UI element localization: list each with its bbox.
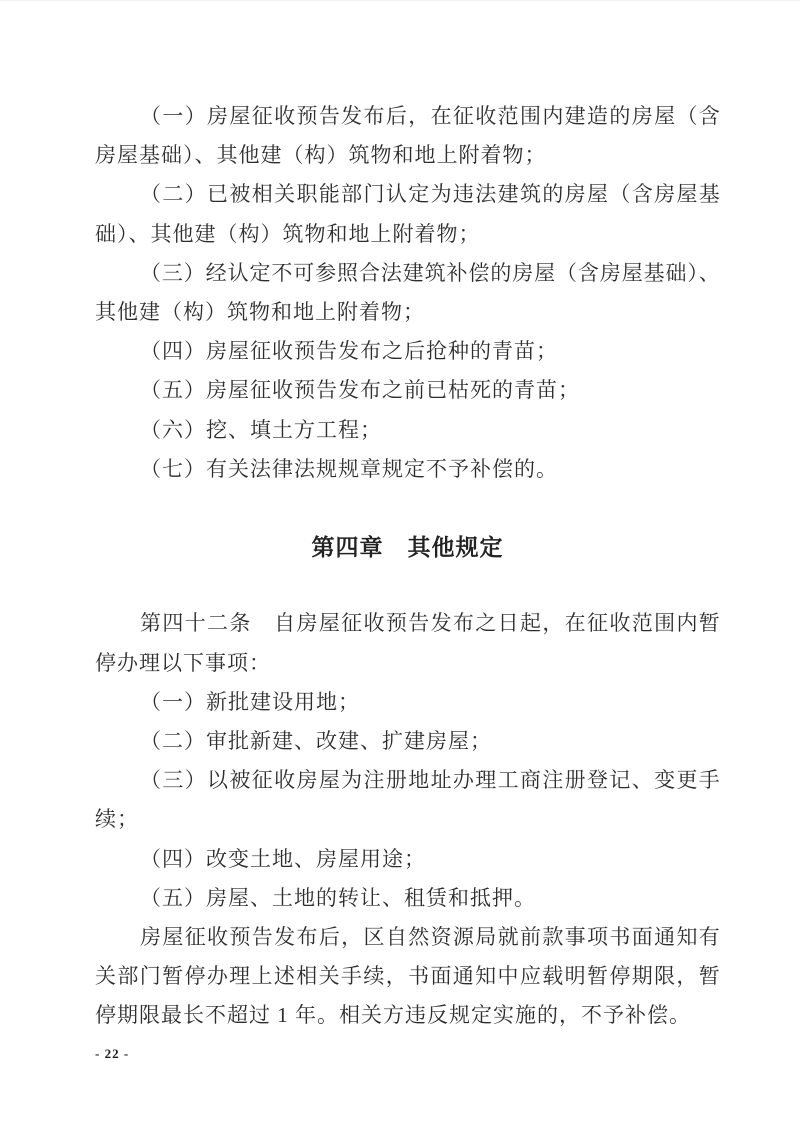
text-line: 其他建（构）筑物和地上附着物；: [95, 293, 720, 332]
text-line: 停期限最长不超过 1 年。相关方违反规定实施的，不予补偿。: [95, 996, 720, 1035]
text-line: （二）审批新建、改建、扩建房屋；: [95, 722, 720, 761]
text-line: 续；: [95, 800, 720, 839]
text-line: （三）经认定不可参照合法建筑补偿的房屋（含房屋基础）、: [95, 254, 720, 293]
text-line: 房屋基础）、其他建（构）筑物和地上附着物；: [95, 136, 720, 175]
text-line: 停办理以下事项：: [95, 644, 720, 683]
document-page: （一）房屋征收预告发布后，在征收范围内建造的房屋（含 房屋基础）、其他建（构）筑…: [0, 0, 800, 1131]
document-body: （一）房屋征收预告发布后，在征收范围内建造的房屋（含 房屋基础）、其他建（构）筑…: [95, 97, 720, 1036]
text-line: 房屋征收预告发布后，区自然资源局就前款事项书面通知有: [95, 918, 720, 957]
text-line: （三）以被征收房屋为注册地址办理工商注册登记、变更手: [95, 761, 720, 800]
page-number: - 22 -: [95, 1046, 129, 1061]
text-line: 关部门暂停办理上述相关手续，书面通知中应载明暂停期限，暂: [95, 957, 720, 996]
text-line: （四）改变土地、房屋用途；: [95, 840, 720, 879]
text-line: 础）、其他建（构）筑物和地上附着物；: [95, 215, 720, 254]
text-line: 第四十二条 自房屋征收预告发布之日起，在征收范围内暂: [95, 604, 720, 643]
chapter-heading: 第四章 其他规定: [95, 528, 720, 567]
text-line: （五）房屋、土地的转让、租赁和抵押。: [95, 879, 720, 918]
text-line: （四）房屋征收预告发布之后抢种的青苗；: [95, 332, 720, 371]
page-footer: - 22 -: [95, 1045, 129, 1063]
text-line: （六）挖、填土方工程；: [95, 411, 720, 450]
text-line: （一）房屋征收预告发布后，在征收范围内建造的房屋（含: [95, 97, 720, 136]
text-line: （二）已被相关职能部门认定为违法建筑的房屋（含房屋基: [95, 175, 720, 214]
text-line: （七）有关法律法规规章规定不予补偿的。: [95, 450, 720, 489]
text-line: （五）房屋征收预告发布之前已枯死的青苗；: [95, 371, 720, 410]
text-line: （一）新批建设用地；: [95, 683, 720, 722]
